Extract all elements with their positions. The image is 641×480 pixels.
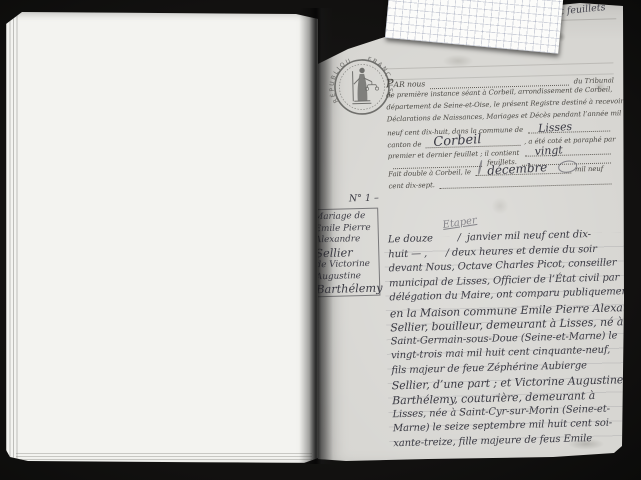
register-scan: RÉPUBLIQUE FRANÇAISE t feuillets PAR nou… (0, 0, 641, 480)
margin-line-bride-surname: Barthélemy (316, 282, 382, 297)
left-blank-page (6, 12, 318, 464)
act-text: Le douze / janvier mil neuf cent dix- hu… (388, 228, 638, 453)
stamp-arc-left-label: RÉPUBLIQUE (325, 50, 354, 104)
form-du-tribunal: du Tribunal (574, 76, 614, 85)
form-par-nous: PAR nous (386, 75, 426, 90)
form-row-3: département de Seine-et-Oise, le présent… (386, 97, 614, 111)
handwritten-commune: Lisses (538, 120, 573, 135)
page-content: RÉPUBLIQUE FRANÇAISE t feuillets PAR nou… (312, 0, 630, 470)
page-stack-edge-bottom (16, 453, 312, 463)
fill-line-date: décembre (475, 164, 571, 177)
right-register-page: RÉPUBLIQUE FRANÇAISE t feuillets PAR nou… (318, 0, 624, 466)
margin-note: Mariage de Emile Pierre Alexandre Sellie… (314, 211, 382, 298)
act-number: N° 1 – (349, 193, 379, 205)
ruled-line (385, 62, 613, 69)
form-row-4: Déclarations de Naissances, Mariages et … (387, 109, 615, 123)
form-mil-neuf: mil neuf (575, 165, 603, 174)
form-cent-dix-sept: cent dix-sept. (388, 181, 435, 190)
form-canton-label: canton de (387, 140, 421, 149)
handwritten-foliation-fragment: t feuillets (560, 2, 606, 17)
form-fait-double: Fait double à Corbeil, le (388, 168, 471, 178)
svg-text:RÉPUBLIQUE: RÉPUBLIQUE (325, 50, 354, 104)
ruled-line (558, 18, 616, 21)
fill-line-commune: Lisses (528, 122, 610, 134)
justice-figure-icon (351, 67, 379, 103)
page-stack-edge-left (6, 14, 19, 460)
annotation-scrawl: Etaper (442, 215, 478, 231)
